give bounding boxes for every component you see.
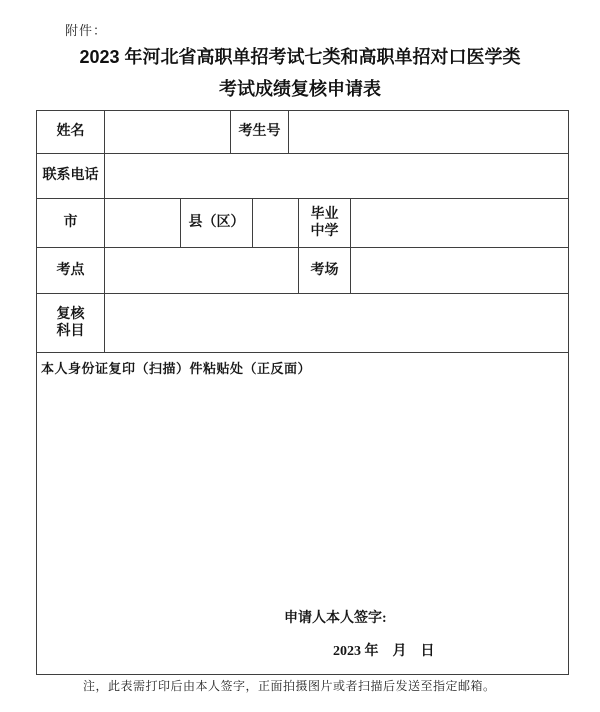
graduation-school-label-line1: 毕业 [311, 206, 339, 224]
city-label: 市 [37, 199, 105, 248]
county-label: 县（区） [181, 199, 253, 248]
review-subjects-label-line1: 复核 [57, 306, 85, 324]
review-subjects-field [105, 294, 569, 353]
candidate-no-label: 考生号 [231, 111, 289, 154]
graduation-school-field [351, 199, 569, 248]
document-title-line2: 考试成绩复核申请表 [0, 75, 600, 101]
date-line: 2023 年 月 日 [333, 643, 435, 661]
review-subjects-label-line2: 科目 [57, 323, 85, 341]
phone-field [105, 154, 569, 199]
id-paste-label: 本人身份证复印（扫描）件粘贴处（正反面） [41, 361, 311, 377]
exam-room-label: 考场 [299, 248, 351, 294]
exam-site-label: 考点 [37, 248, 105, 294]
table-row-location: 市 县（区） 毕业 中学 [37, 199, 569, 248]
county-field [253, 199, 299, 248]
table-row-review-subjects: 复核 科目 [37, 294, 569, 353]
table-row-name: 姓名 考生号 [37, 111, 569, 154]
review-subjects-label: 复核 科目 [37, 294, 105, 353]
name-field [105, 111, 231, 154]
city-field [105, 199, 181, 248]
id-paste-area: 本人身份证复印（扫描）件粘贴处（正反面） 申请人本人签字: 2023 年 月 日 [37, 353, 569, 675]
table-row-id-paste: 本人身份证复印（扫描）件粘贴处（正反面） 申请人本人签字: 2023 年 月 日 [37, 353, 569, 675]
exam-room-field [351, 248, 569, 294]
attachment-label: 附件： [65, 20, 107, 39]
applicant-signature-label: 申请人本人签字: [284, 610, 387, 628]
table-row-exam: 考点 考场 [37, 248, 569, 294]
graduation-school-label-line2: 中学 [311, 223, 339, 241]
graduation-school-label: 毕业 中学 [299, 199, 351, 248]
form-document-page: 附件： 2023 年河北省高职单招考试七类和高职单招对口医学类 考试成绩复核申请… [0, 0, 600, 712]
exam-site-field [105, 248, 299, 294]
application-form-table: 姓名 考生号 联系电话 市 县（区） 毕业 中学 考点 考场 [36, 110, 569, 675]
document-title-line1: 2023 年河北省高职单招考试七类和高职单招对口医学类 [0, 43, 600, 69]
candidate-no-field [289, 111, 569, 154]
table-row-phone: 联系电话 [37, 154, 569, 199]
name-label: 姓名 [37, 111, 105, 154]
footnote: 注，此表需打印后由本人签字，正面拍摄图片或者扫描后发送至指定邮箱。 [83, 677, 496, 694]
phone-label: 联系电话 [37, 154, 105, 199]
